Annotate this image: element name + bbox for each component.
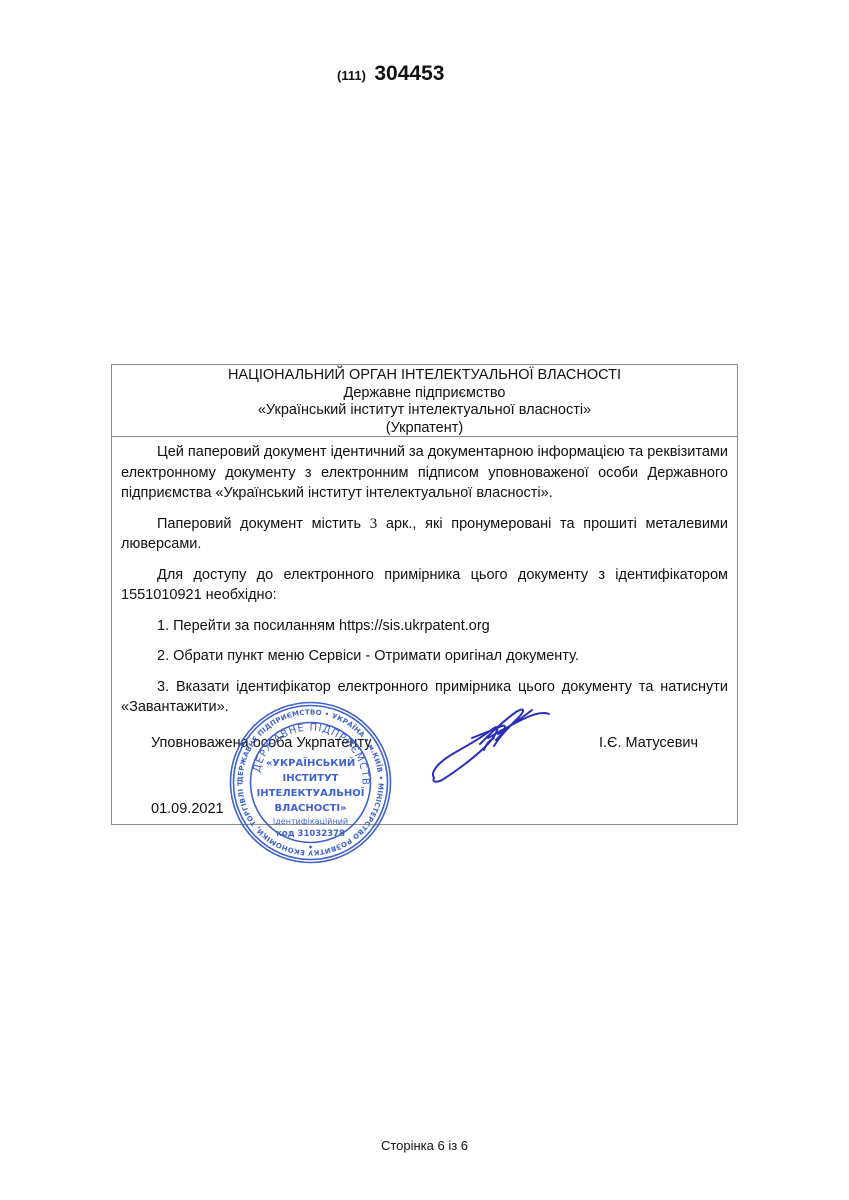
signatory-name: І.Є. Матусевич [599, 733, 698, 754]
svg-text:«УКРАЇНСЬКИЙ: «УКРАЇНСЬКИЙ [266, 755, 355, 769]
patent-registration-number: (111) 304453 [337, 62, 444, 86]
step-3: 3. Вказати ідентифікатор електронного пр… [121, 677, 728, 718]
svg-text:•: • [308, 843, 313, 852]
page-footer: Сторінка 6 із 6 [0, 1138, 849, 1153]
issuer-authority: НАЦІОНАЛЬНИЙ ОРГАН ІНТЕЛЕКТУАЛЬНОЇ ВЛАСН… [112, 367, 737, 385]
step-2: 2. Обрати пункт меню Сервіси - Отримати … [121, 646, 728, 667]
svg-text:ВЛАСНОСТІ»: ВЛАСНОСТІ» [274, 803, 346, 814]
svg-text:код 31032378: код 31032378 [276, 829, 345, 839]
svg-text:ІНТЕЛЕКТУАЛЬНОЇ: ІНТЕЛЕКТУАЛЬНОЇ [257, 785, 365, 799]
access-instructions: Для доступу до електронного примірника ц… [121, 565, 728, 606]
certification-body: Цей паперовий документ ідентичний за док… [112, 437, 737, 718]
issuer-short-name: (Укрпатент) [112, 420, 737, 438]
identity-statement: Цей паперовий документ ідентичний за док… [121, 442, 728, 504]
handwritten-signature-icon [428, 700, 553, 785]
svg-text:Ідентифікаційний: Ідентифікаційний [273, 817, 348, 826]
issuer-name: «Український інститут інтелектуальної вл… [112, 402, 737, 420]
issuer-header: НАЦІОНАЛЬНИЙ ОРГАН ІНТЕЛЕКТУАЛЬНОЇ ВЛАСН… [112, 365, 737, 437]
step-1: 1. Перейти за посиланням https://sis.ukr… [121, 616, 728, 637]
sheet-count-statement: Паперовий документ містить 3 арк., які п… [121, 514, 728, 555]
issuer-type: Державне підприємство [112, 385, 737, 403]
registration-number: 304453 [374, 62, 444, 85]
signing-date: 01.09.2021 [151, 799, 224, 820]
certification-frame: НАЦІОНАЛЬНИЙ ОРГАН ІНТЕЛЕКТУАЛЬНОЇ ВЛАСН… [111, 364, 738, 825]
svg-text:ІНСТИТУТ: ІНСТИТУТ [283, 773, 339, 784]
official-stamp-icon: ДЕРЖАВНЕ ПІДПРИЄМСТВО • УКРАЇНА • м.КИЇВ… [228, 700, 393, 865]
inid-code: (111) [337, 68, 366, 83]
